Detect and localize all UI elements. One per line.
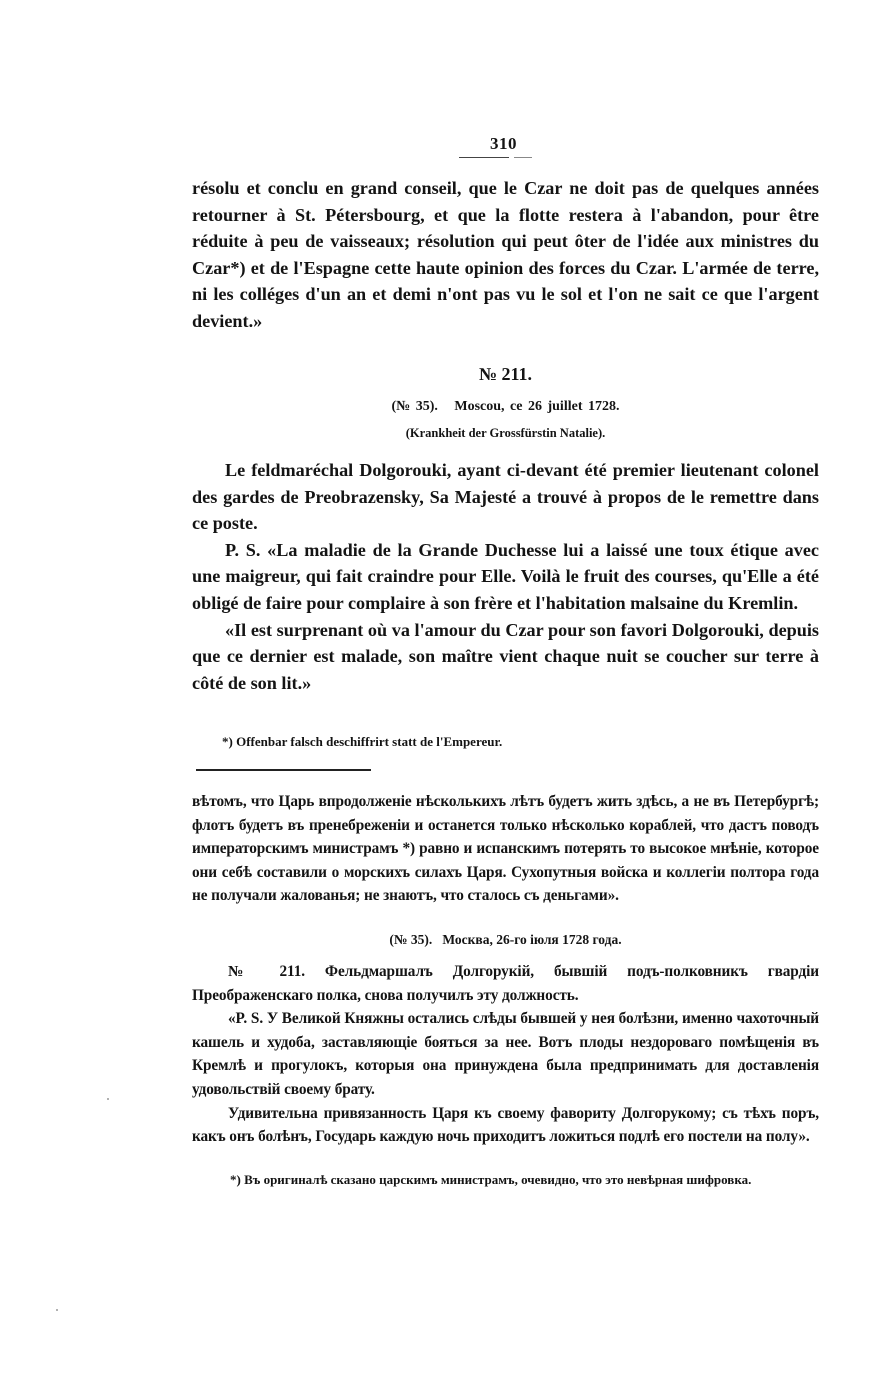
french-continuation: résolu et conclu en grand conseil, que l…	[192, 175, 819, 335]
french-body: Le feldmaréchal Dolgorouki, ayant ci-dev…	[192, 457, 819, 696]
french-document-number: № 211.	[192, 364, 819, 385]
russian-paragraph: «P. S. У Великой Княжны остались слѣды б…	[192, 1007, 819, 1101]
page-number-rule-fragment	[514, 157, 532, 158]
french-dateline: (№ 35). Moscou, ce 26 juillet 1728.	[192, 399, 819, 415]
russian-continuation-text: вѣтомъ, что Царь впродолженіе нѣскольких…	[192, 790, 819, 908]
french-paragraph: P. S. «La maladie de la Grande Duchesse …	[192, 537, 819, 617]
russian-body: № 211. Фельдмаршалъ Долгорукій, бывшій п…	[192, 960, 819, 1149]
russian-dateline: (№ 35). Москва, 26-го іюля 1728 года.	[192, 932, 819, 948]
french-footnote: *) Offenbar falsch deschiffrirt statt de…	[222, 734, 502, 750]
french-continuation-text: résolu et conclu en grand conseil, que l…	[192, 175, 819, 335]
french-paragraph: Le feldmaréchal Dolgorouki, ayant ci-dev…	[192, 457, 819, 537]
russian-continuation: вѣтомъ, что Царь впродолженіе нѣскольких…	[192, 790, 819, 908]
french-paragraph: «Il est surprenant où va l'amour du Czar…	[192, 617, 819, 697]
russian-paragraph: Удивительна привязанность Царя къ своему…	[192, 1102, 819, 1149]
section-divider	[196, 769, 371, 771]
page-number: 310	[490, 134, 517, 154]
russian-paragraph: № 211. Фельдмаршалъ Долгорукій, бывшій п…	[192, 960, 819, 1007]
russian-footnote: *) Въ оригиналѣ сказано царскимъ министр…	[230, 1172, 751, 1188]
french-subtitle: (Krankheit der Grossfürstin Natalie).	[192, 426, 819, 441]
scan-speck	[56, 1309, 58, 1311]
scan-speck	[107, 1098, 109, 1100]
page-number-rule	[459, 157, 509, 158]
